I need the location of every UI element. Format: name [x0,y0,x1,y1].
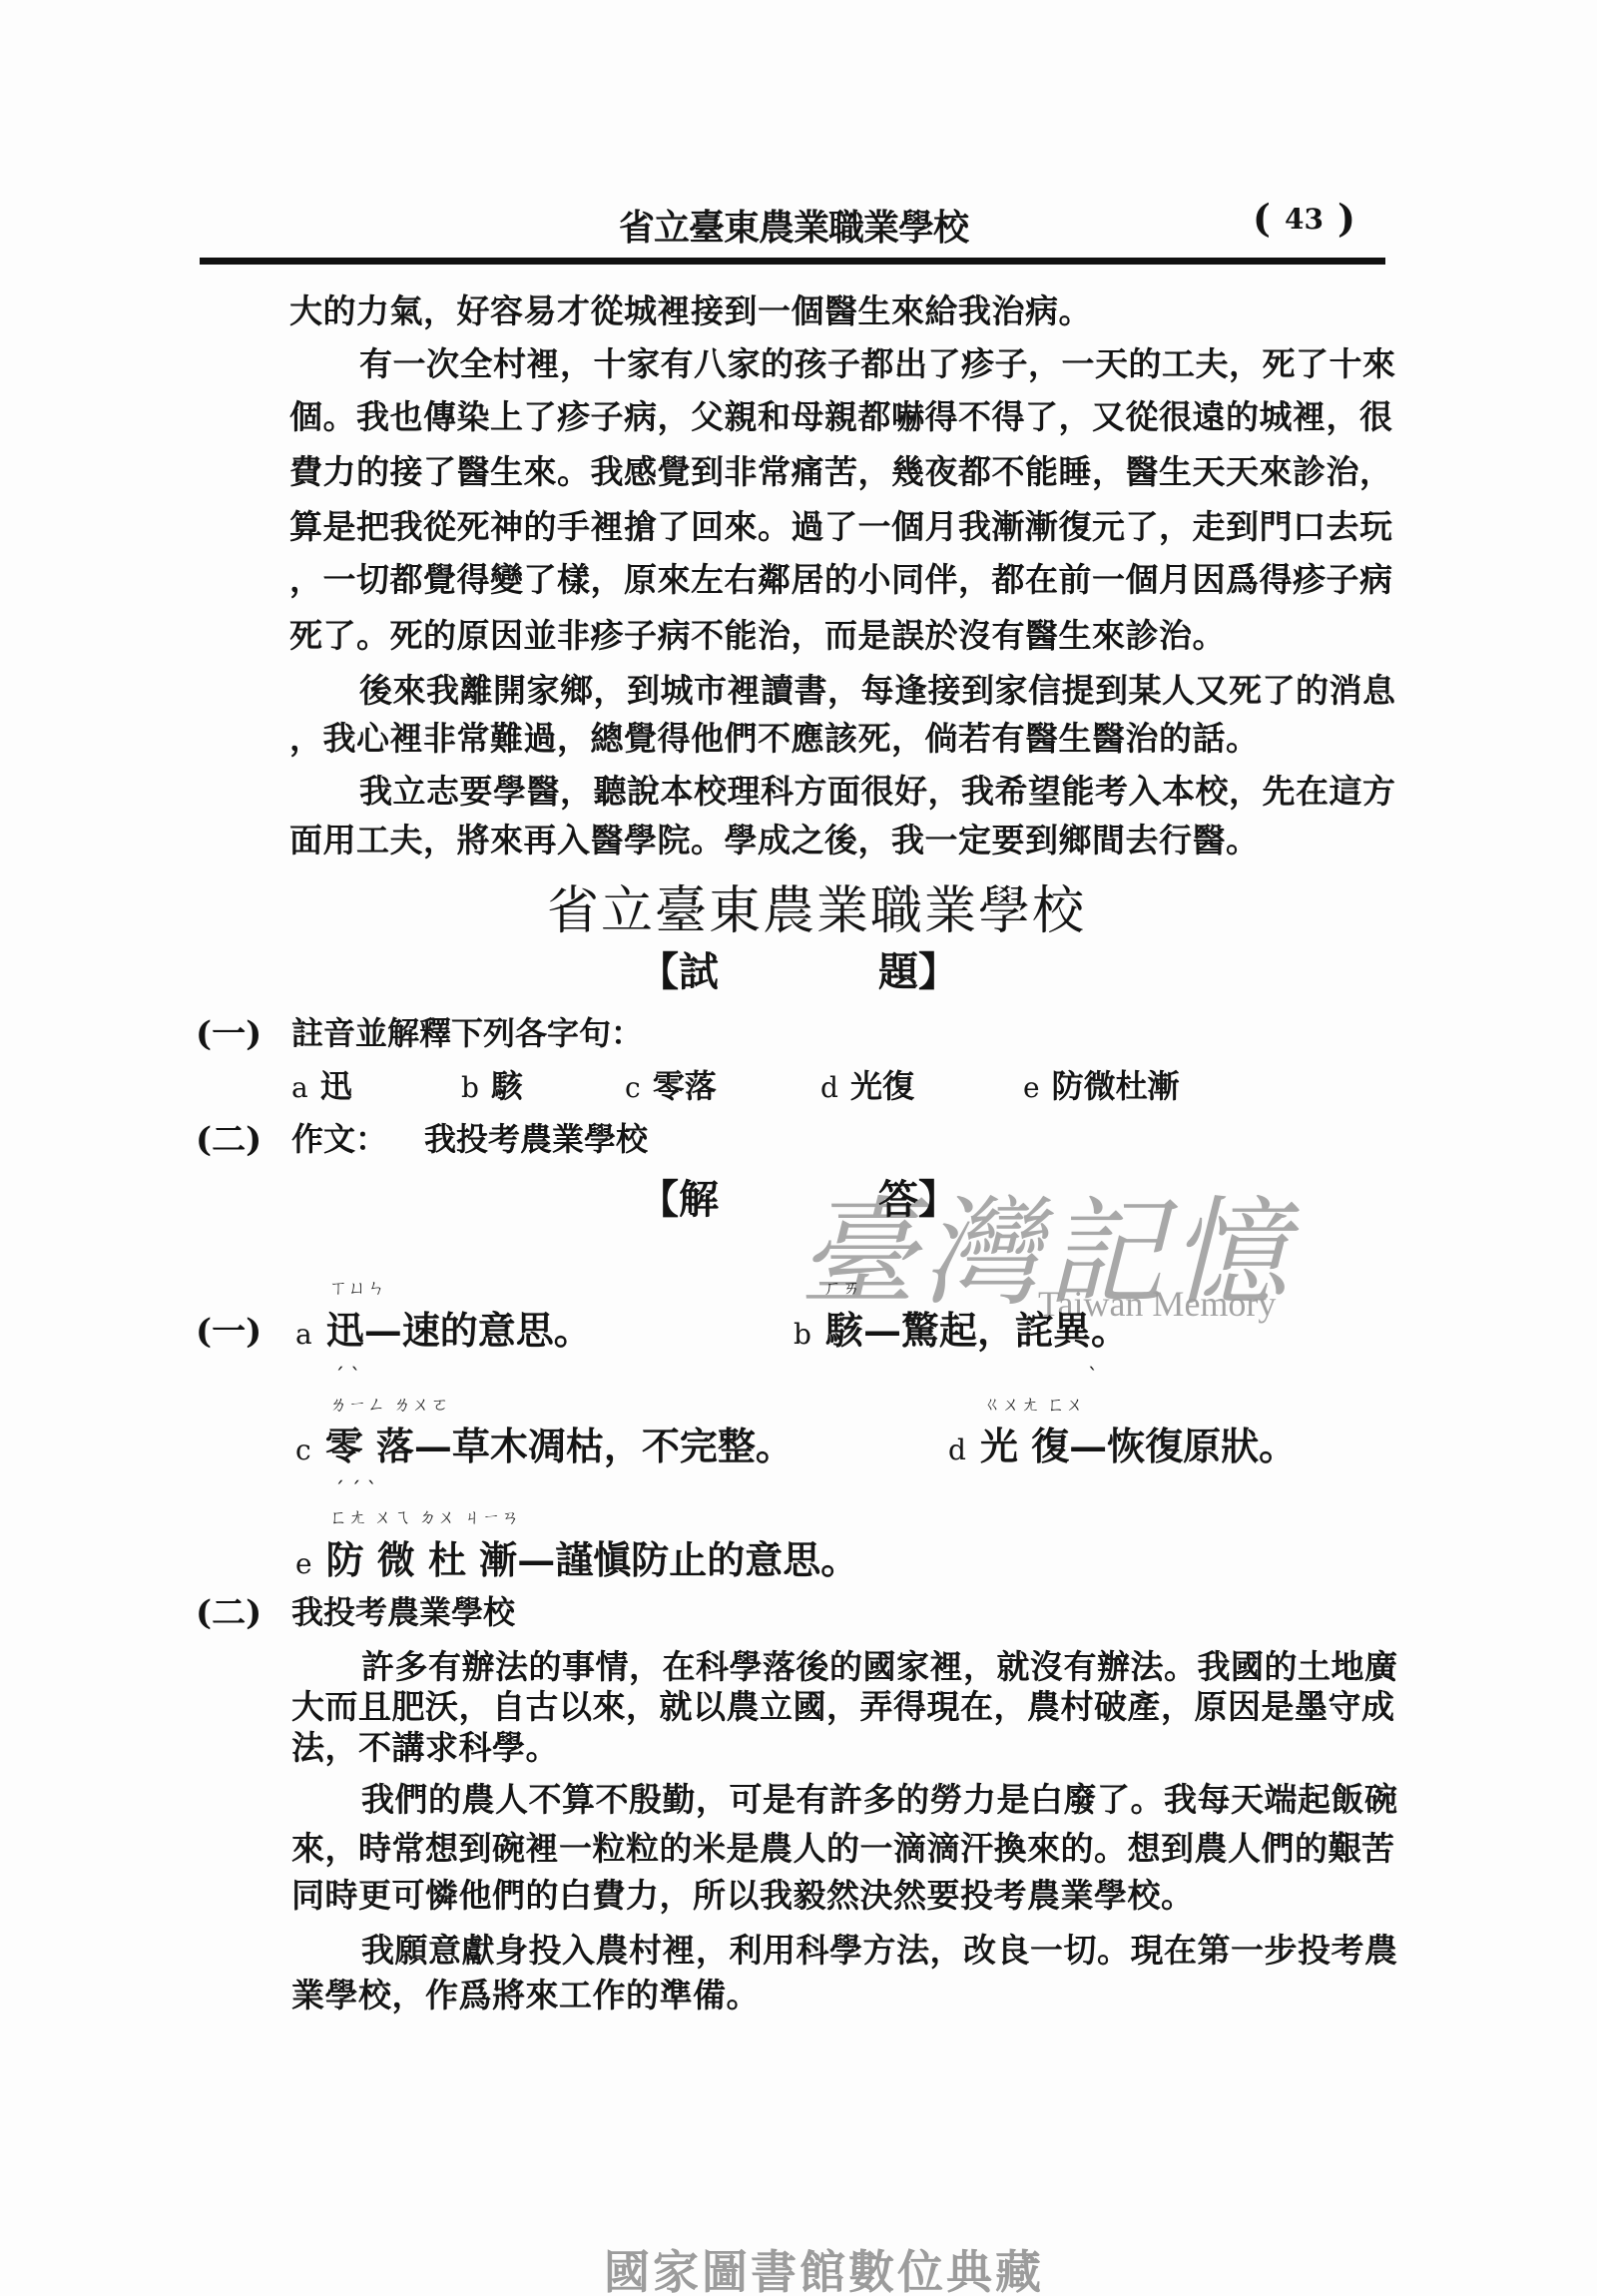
tone-marks: ˊ ˊ ˋ [334,1477,377,1501]
answer-2-title: 我投考農業學校 [291,1587,515,1633]
essay-line: ，一切都覺得變了樣，原來左右鄰居的小同伴，都在前一個月因爲得疹子病 [289,554,1393,601]
option-text: 零落 [653,1067,717,1105]
answer-heading-right: 答】 [878,1168,958,1225]
option-letter: d [820,1071,838,1104]
essay-line: 面用工夫，將來再入醫學院。學成之後，我一定要到鄉間去行醫。 [289,815,1260,861]
answer-2-mark: (二) [196,1585,262,1634]
answer-term: 駭 [825,1308,863,1353]
answer-term: 零 落 [325,1424,414,1468]
answer-term: 防 微 杜 漸 [326,1537,518,1582]
essay-line: 我願意獻身投入農村裡，利用科學方法，改良一切。現在第一步投考農 [291,1925,1398,1972]
option-text: 迅 [320,1067,352,1105]
essay-line: 算是把我從死神的手裡搶了回來。過了一個月我漸漸復元了，走到門口去玩 [289,501,1393,548]
question-option: a迅 [291,1061,352,1107]
answer-1-mark: (一) [196,1304,262,1353]
essay-line: 來，時常想到碗裡一粒粒的米是農人的一滴滴汗換來的。想到農人們的艱苦 [291,1823,1395,1870]
question-option: c零落 [625,1061,717,1107]
tone-marks: ˊ ˋ [334,1364,360,1388]
answer-term: 光 復 [980,1424,1069,1468]
page-paren-open: ( [1253,196,1271,241]
question-2-label: 作文： [291,1114,387,1160]
essay-line: 大的力氣，好容易才從城裡接到一個醫生來給我治病。 [289,286,1092,332]
running-header-title: 省立臺東農業職業學校 [619,200,968,251]
question-2-mark: (二) [196,1112,262,1161]
option-text: 光復 [850,1067,914,1105]
page-number: (43) [1253,196,1355,241]
essay-line: 法，不講求科學。 [291,1722,559,1769]
essay-line: 有一次全村裡，十家有八家的孩子都出了疹子，一天的工夫，死了十來 [289,338,1396,385]
option-text: 駭 [491,1067,523,1105]
option-text: 防微杜漸 [1052,1067,1180,1105]
answer-letter: e [295,1547,312,1580]
option-letter: b [461,1071,479,1104]
essay-line: 業學校，作爲將來工作的準備。 [291,1970,760,2016]
essay-line: 後來我離開家鄉，到城市裡讀書，每逢接到家信提到某人又死了的消息 [289,665,1396,712]
answer-letter: d [948,1434,966,1466]
option-letter: e [1023,1071,1040,1104]
answer-item: e防 微 杜 漸—謹愼防止的意思。 [295,1529,858,1584]
question-1-text: 註音並解釋下列各字句： [291,1008,643,1054]
answer-meaning: —驚起，詫異。 [863,1308,1129,1353]
essay-line: 費力的接了醫生來。我感覺到非常痛苦，幾夜都不能睡，醫生天天來診治， [289,446,1393,493]
question-option: e防微杜漸 [1023,1061,1180,1107]
essay-line: 死了。死的原因並非疹子病不能治，而是誤於沒有醫生來診治。 [289,610,1226,657]
essay-line: 我們的農人不算不殷勤，可是有許多的勞力是白廢了。我每天端起飯碗 [291,1774,1398,1821]
essay-line: 個。我也傳染上了疹子病，父親和母親都嚇得不得了，又從很遠的城裡，很 [289,391,1393,438]
option-letter: c [625,1071,641,1104]
tone-marks: ˋ [1088,1364,1098,1388]
school-title: 省立臺東農業職業學校 [547,868,1086,943]
zhuyin-annotation: ㄒㄩㄣ [329,1274,386,1300]
zhuyin-annotation: ㄏㄞ [823,1274,861,1300]
question-1-mark: (一) [196,1006,262,1055]
answer-item: c零 落—草木凋枯，不完整。 [295,1416,794,1470]
answer-item: b駭—驚起，詫異。 [794,1300,1129,1355]
essay-line: ，我心裡非常難過，總覺得他們不應該死，倘若有醫生醫治的話。 [289,713,1260,760]
answer-letter: a [295,1318,312,1351]
page-number-value: 43 [1285,203,1324,236]
header-rule [200,258,1385,265]
answer-letter: b [794,1318,811,1351]
answer-term: 迅 [326,1308,364,1353]
exam-heading-right: 題】 [878,940,958,997]
question-option: d光復 [820,1061,914,1107]
essay-line: 同時更可憐他們的白費力，所以我毅然決然要投考農業學校。 [291,1870,1195,1917]
option-letter: a [291,1071,308,1104]
answer-meaning: —速的意思。 [364,1308,592,1353]
answer-meaning: —謹愼防止的意思。 [517,1537,858,1582]
zhuyin-annotation: ㄈㄤ ㄨㄟ ㄉㄨ ㄐㄧㄢ [329,1503,520,1529]
answer-item: a迅—速的意思。 [295,1300,592,1355]
answer-heading-left: 【解 [639,1168,719,1225]
question-option: b駭 [461,1061,523,1107]
exam-heading-left: 【試 [639,940,719,997]
answer-letter: c [295,1434,311,1466]
essay-line: 我立志要學醫，聽說本校理科方面很好，我希望能考入本校，先在這方 [289,766,1396,813]
answer-meaning: —草木凋枯，不完整。 [414,1424,794,1468]
library-footer-watermark: 國家圖書館數位典藏 [604,2236,1044,2296]
zhuyin-annotation: ㄍㄨㄤ ㄈㄨ [983,1391,1085,1417]
zhuyin-annotation: ㄌㄧㄥ ㄌㄨㄛ [329,1391,450,1417]
answer-item: d光 復—恢復原狀。 [948,1416,1297,1470]
question-2-text: 我投考農業學校 [424,1114,648,1160]
essay-line: 大而且肥沃，自古以來，就以農立國，弄得現在，農村破產，原因是墨守成 [291,1681,1395,1728]
page-paren-close: ) [1337,196,1355,241]
answer-meaning: —恢復原狀。 [1069,1424,1297,1468]
